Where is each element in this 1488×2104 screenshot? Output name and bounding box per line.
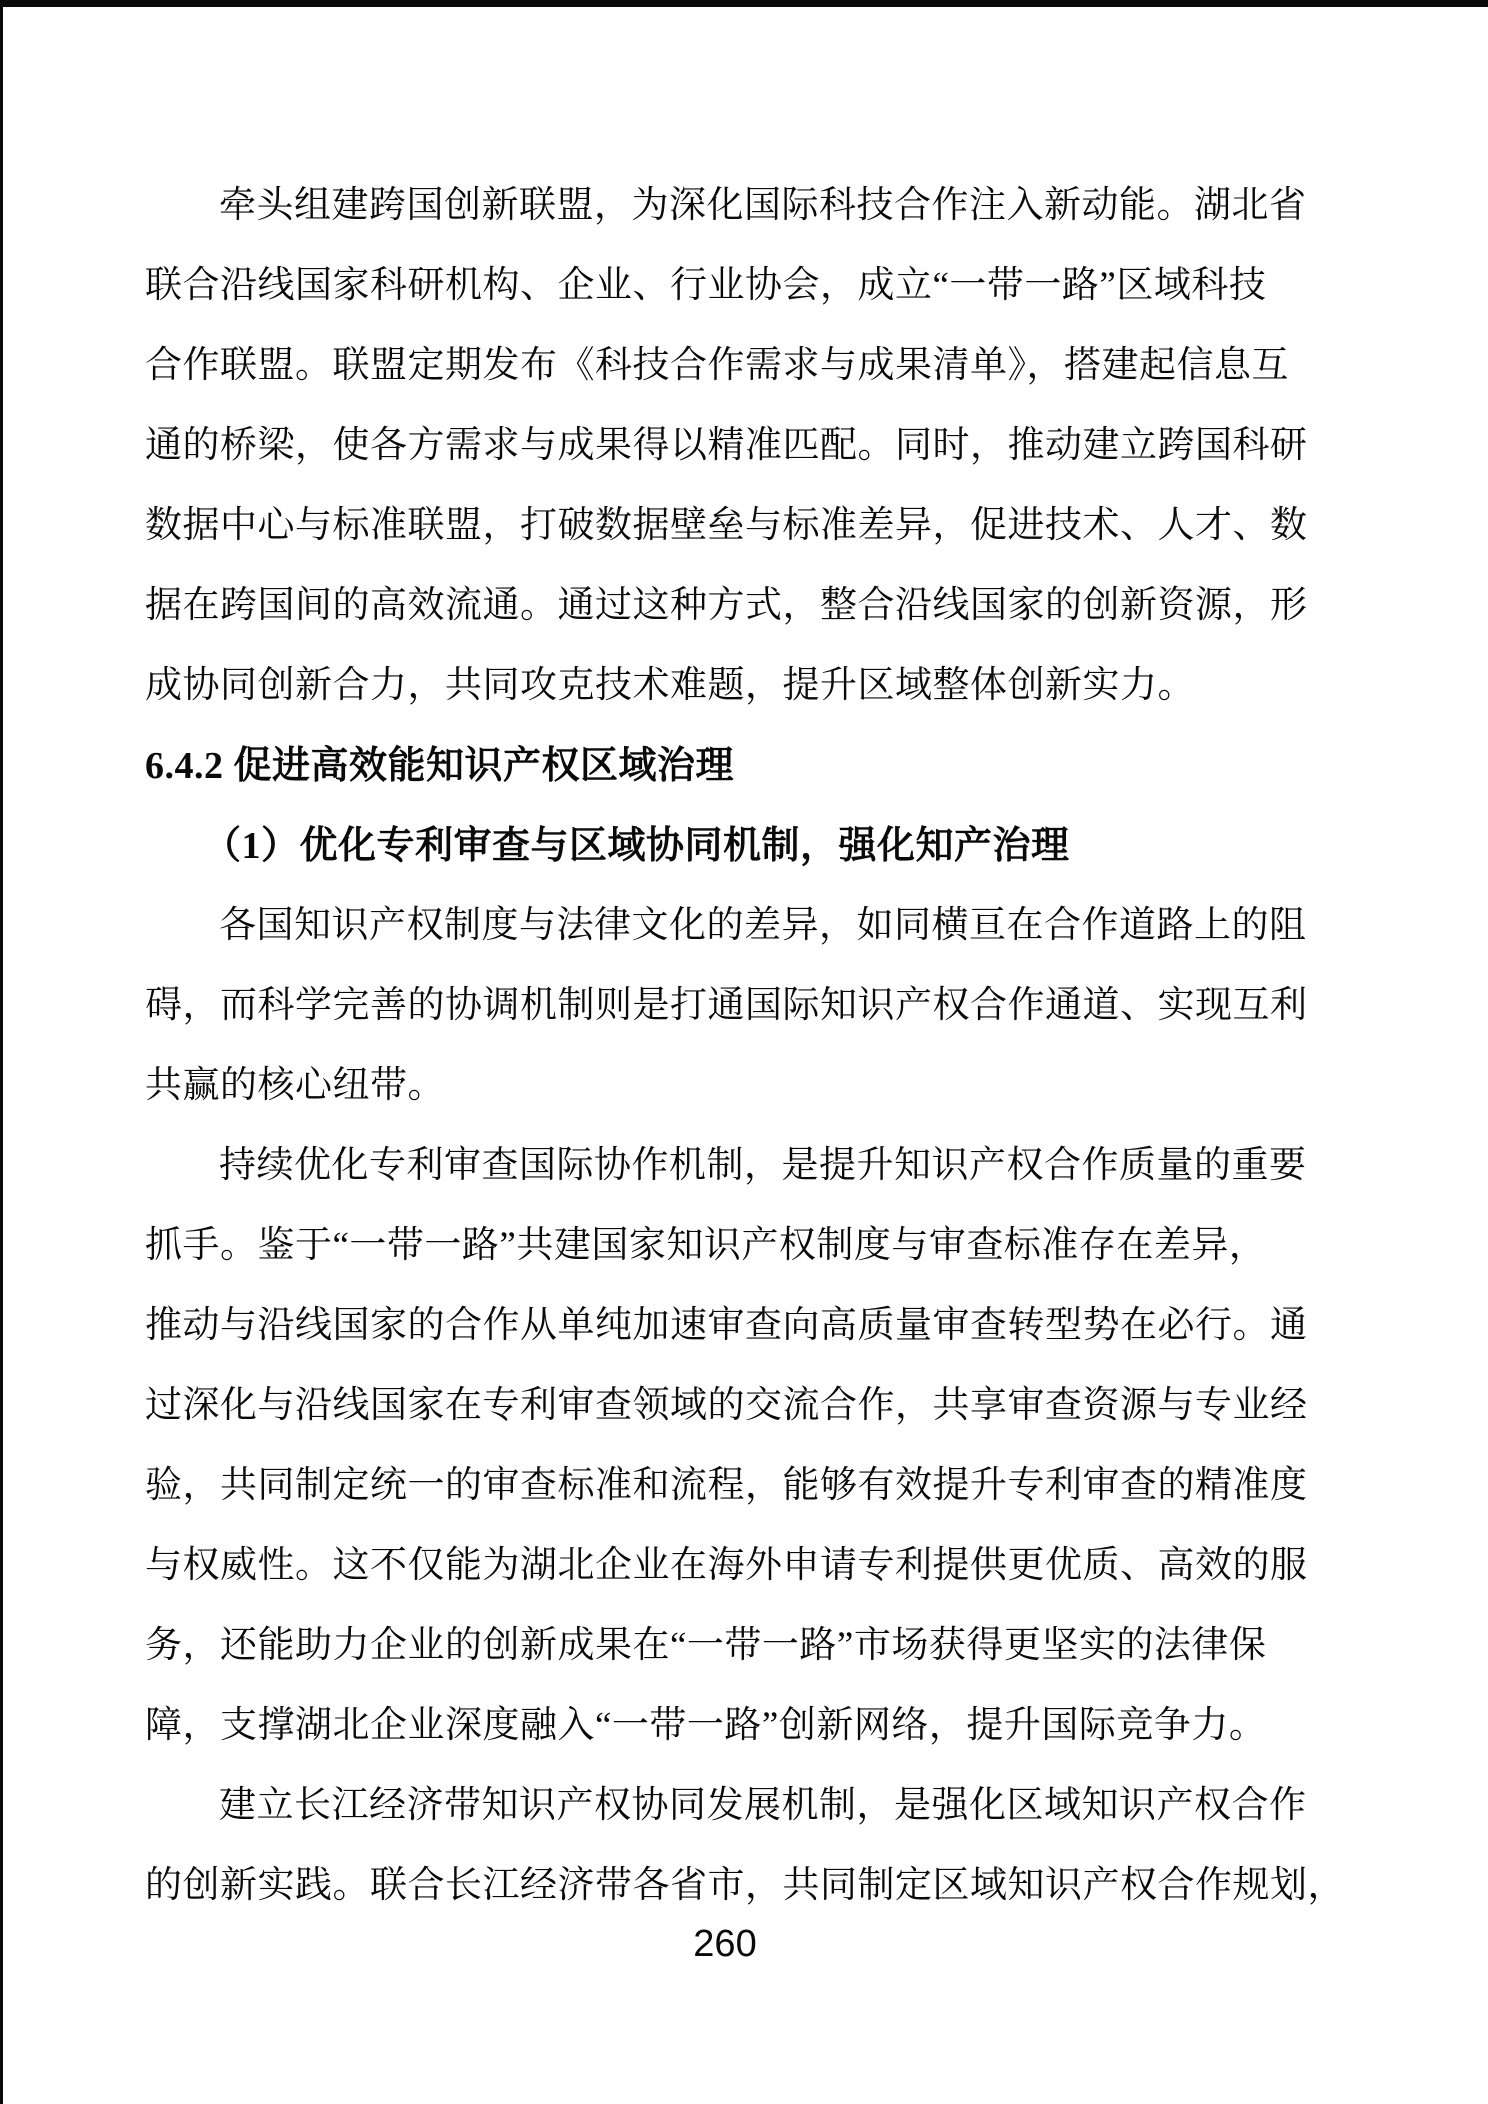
body-text-line: 过深化与沿线国家在专利审查领域的交流合作，共享审查资源与专业经: [145, 1366, 1315, 1446]
body-text-line: 据在跨国间的高效流通。通过这种方式，整合沿线国家的创新资源，形: [145, 566, 1315, 646]
body-text-line: 障，支撑湖北企业深度融入“一带一路”创新网络，提升国际竞争力。: [145, 1686, 1315, 1766]
body-text-line: 务，还能助力企业的创新成果在“一带一路”市场获得更坚实的法律保: [145, 1606, 1315, 1686]
subsection-heading: （1）优化专利审查与区域协同机制，强化知产治理: [145, 806, 1315, 886]
body-text-line: 共赢的核心纽带。: [145, 1046, 1315, 1126]
body-text-line: 数据中心与标准联盟，打破数据壁垒与标准差异，促进技术、人才、数: [145, 486, 1315, 566]
body-text-line: 推动与沿线国家的合作从单纯加速审查向高质量审查转型势在必行。通: [145, 1286, 1315, 1366]
body-text-line: 碍，而科学完善的协调机制则是打通国际知识产权合作通道、实现互利: [145, 966, 1315, 1046]
section-heading: 6.4.2 促进高效能知识产权区域治理: [145, 726, 1315, 806]
body-text-line: 验，共同制定统一的审查标准和流程，能够有效提升专利审查的精准度: [145, 1446, 1315, 1526]
left-border: [0, 0, 3, 2104]
page-number: 260: [0, 1912, 1450, 1976]
body-text-line: 合作联盟。联盟定期发布《科技合作需求与成果清单》，搭建起信息互: [145, 326, 1315, 406]
top-border: [0, 0, 1488, 7]
body-text-line: 建立长江经济带知识产权协同发展机制，是强化区域知识产权合作: [145, 1766, 1315, 1846]
body-text-line: 抓手。鉴于“一带一路”共建国家知识产权制度与审查标准存在差异，: [145, 1206, 1315, 1286]
document-page: 牵头组建跨国创新联盟，为深化国际科技合作注入新动能。湖北省 联合沿线国家科研机构…: [0, 0, 1488, 2104]
body-text-line: 联合沿线国家科研机构、企业、行业协会，成立“一带一路”区域科技: [145, 246, 1315, 326]
body-text-line: 牵头组建跨国创新联盟，为深化国际科技合作注入新动能。湖北省: [145, 166, 1315, 246]
body-text-line: 通的桥梁，使各方需求与成果得以精准匹配。同时，推动建立跨国科研: [145, 406, 1315, 486]
body-text-line: 与权威性。这不仅能为湖北企业在海外申请专利提供更优质、高效的服: [145, 1526, 1315, 1606]
body-text-line: 各国知识产权制度与法律文化的差异，如同横亘在合作道路上的阻: [145, 886, 1315, 966]
page-content: 牵头组建跨国创新联盟，为深化国际科技合作注入新动能。湖北省 联合沿线国家科研机构…: [145, 166, 1315, 1926]
body-text-line: 成协同创新合力，共同攻克技术难题，提升区域整体创新实力。: [145, 646, 1315, 726]
body-text-line: 持续优化专利审查国际协作机制，是提升知识产权合作质量的重要: [145, 1126, 1315, 1206]
